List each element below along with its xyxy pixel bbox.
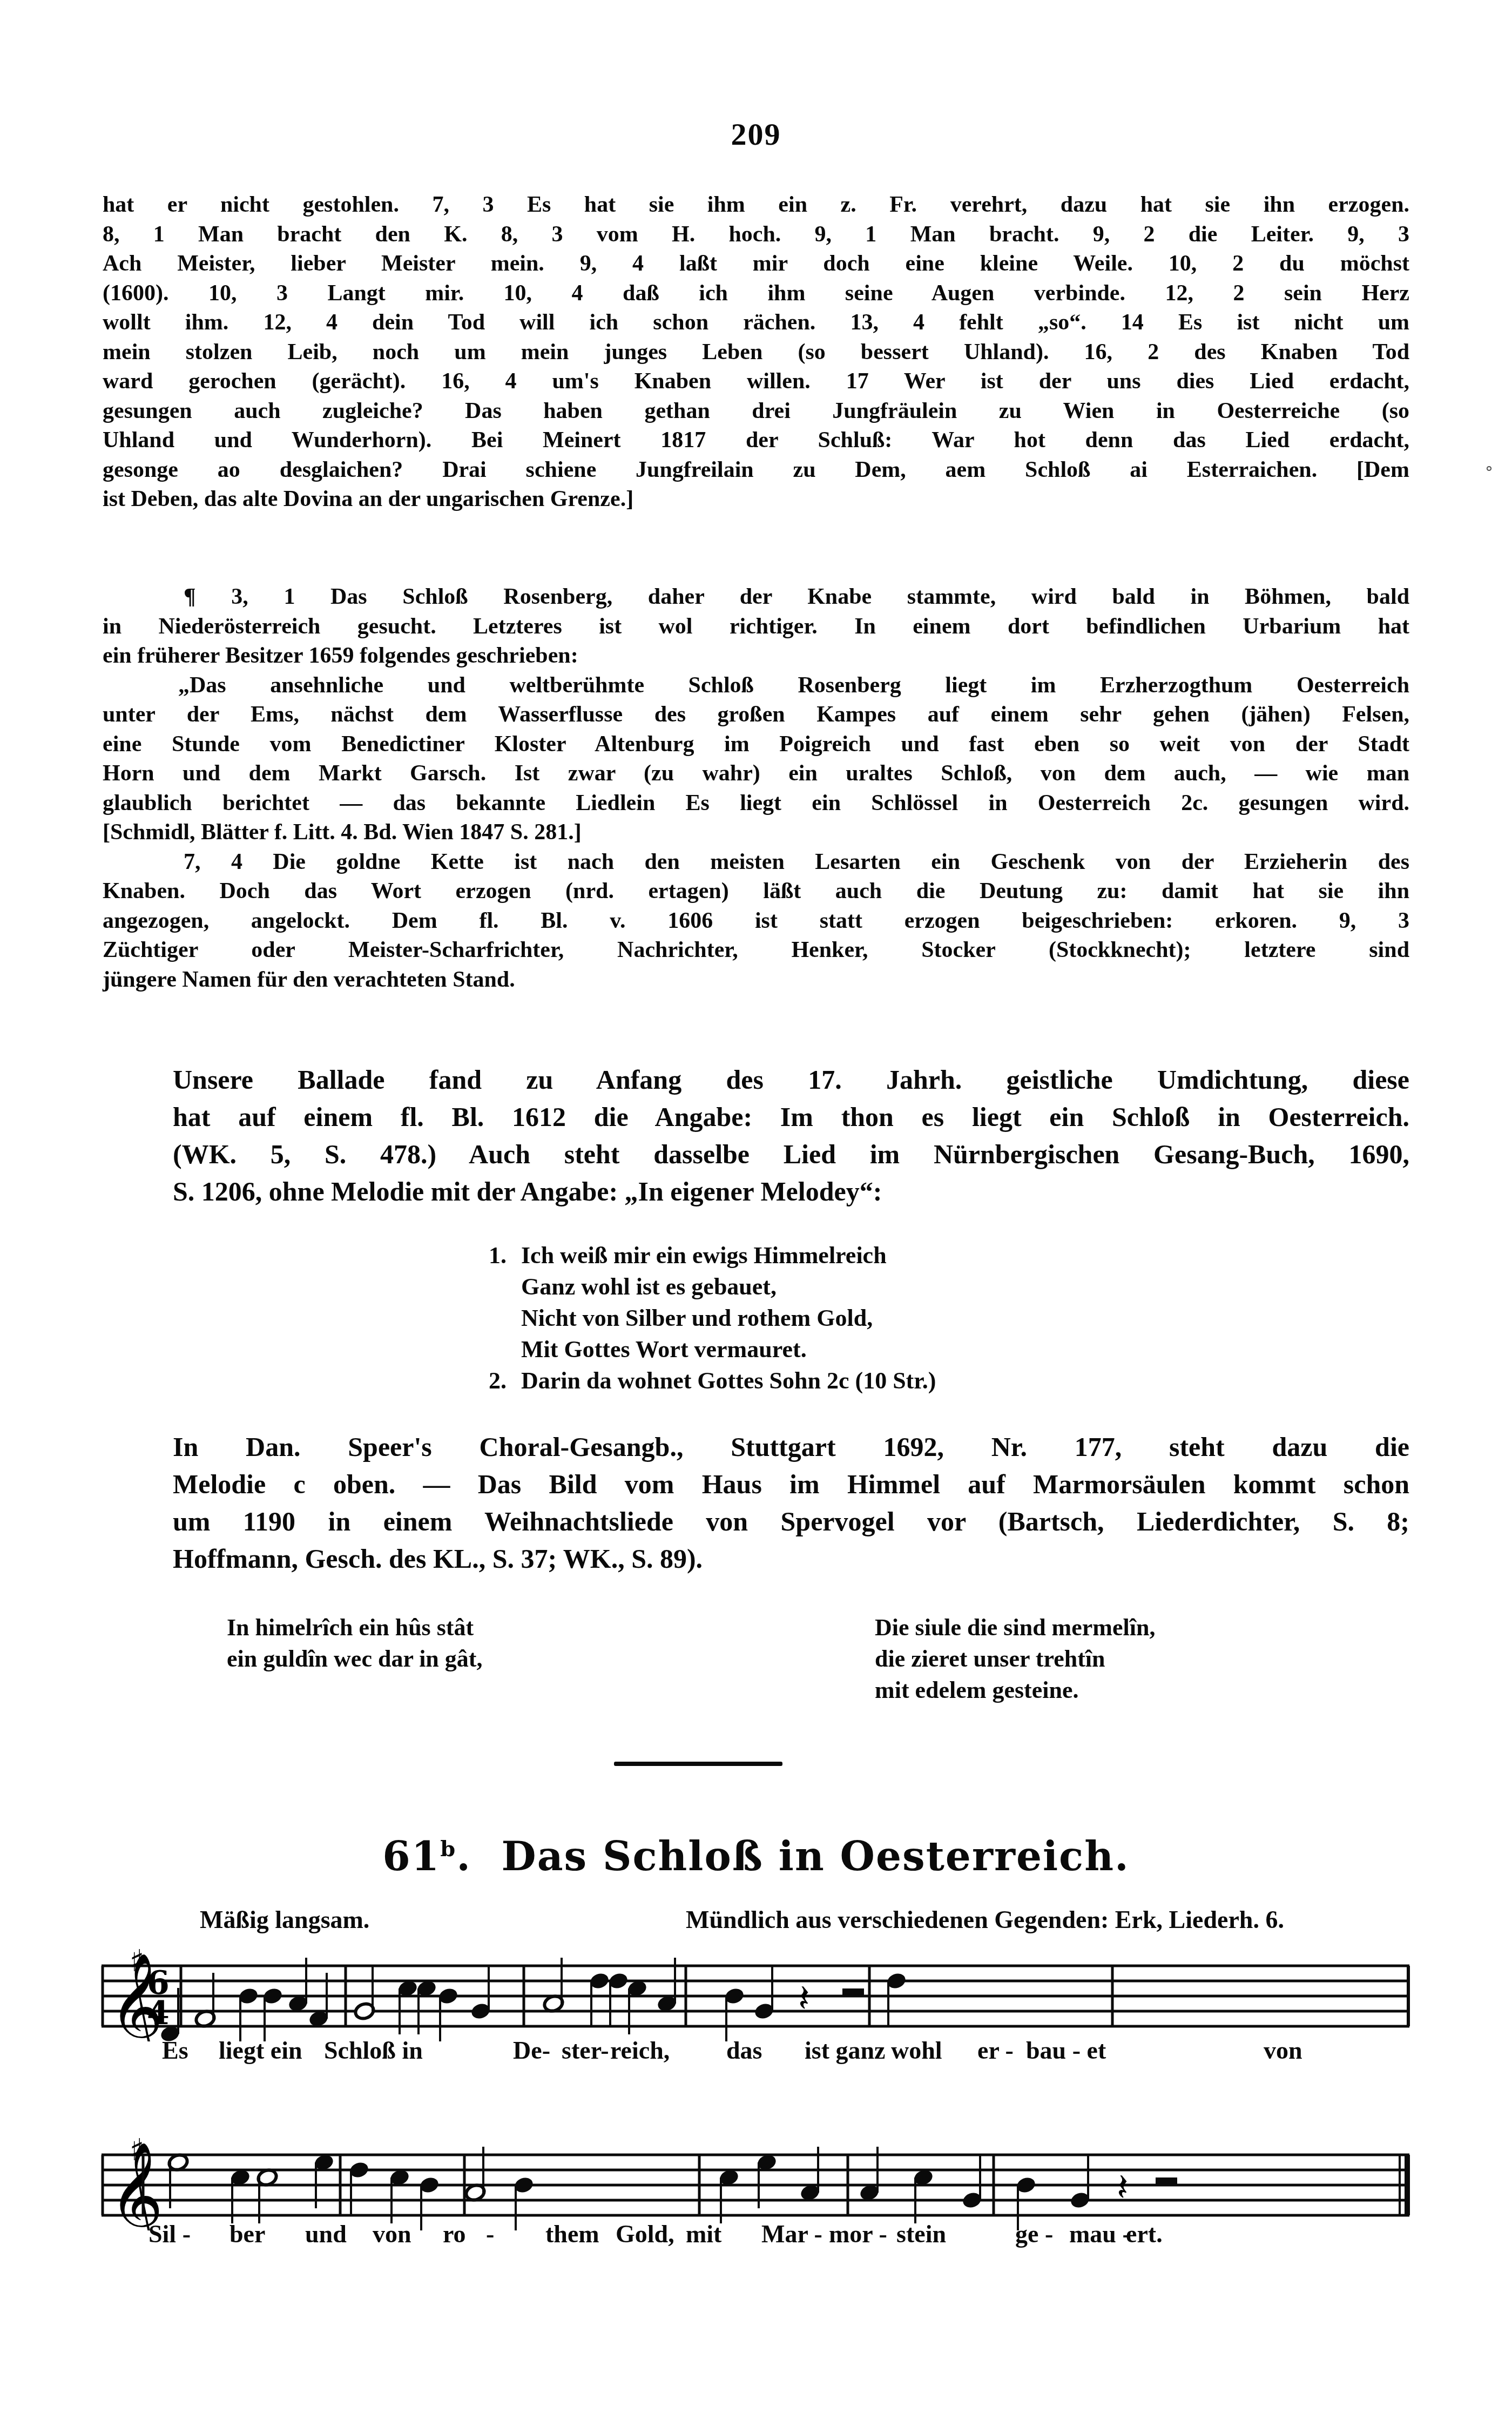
song-title: 61b. Das Schloß in Oesterreich.	[0, 1833, 1512, 1880]
text-line: eine Stunde vom Benedictiner Kloster Alt…	[103, 730, 1409, 759]
text-line: ein früherer Besitzer 1659 folgendes ges…	[103, 641, 1409, 671]
tempo-marking: Mäßig langsam.	[200, 1905, 369, 1934]
verse-number: 1.	[489, 1240, 521, 1271]
verse-text: Ich weiß mir ein ewigs Himmelreich	[521, 1240, 887, 1271]
text-line: Ach Meister, lieber Meister mein. 9, 4 l…	[103, 249, 1409, 279]
text-line: Uhland und Wunderhorn). Bei Meinert 1817…	[103, 426, 1409, 455]
text-line: hat auf einem fl. Bl. 1612 die Angabe: I…	[173, 1098, 1409, 1136]
text-line: Züchtiger oder Meister-Scharfrichter, Na…	[103, 935, 1409, 965]
verse-number	[489, 1334, 521, 1365]
text-line: Unsere Ballade fand zu Anfang des 17. Ja…	[173, 1061, 1409, 1098]
paragraph-ballade: Unsere Ballade fand zu Anfang des 17. Ja…	[173, 1061, 1409, 1210]
lyric-syllable: mau -	[1069, 2220, 1131, 2248]
quote-line: die zieret unser trehtîn	[875, 1643, 1155, 1675]
text-line: (1600). 10, 3 Langt mir. 10, 4 daß ich i…	[103, 279, 1409, 308]
hymn-line: 1.Ich weiß mir ein ewigs Himmelreich	[489, 1240, 936, 1271]
text-line: ¶ 3, 1 Das Schloß Rosenberg, daher der K…	[103, 582, 1409, 612]
text-line: gesonge ao desglaichen? Drai schiene Jun…	[103, 455, 1409, 485]
text-line: 8, 1 Man bracht den K. 8, 3 vom H. hoch.…	[103, 220, 1409, 250]
lyrics-line-2: Sil -berundvonro-themGold,mitMar -mor -s…	[0, 2220, 1512, 2252]
svg-text:4: 4	[147, 1994, 170, 2032]
lyric-syllable: Sil -	[148, 2220, 191, 2248]
lyric-syllable: mit	[686, 2220, 721, 2248]
lyric-syllable: das	[726, 2036, 762, 2065]
notes-rosenberg: ¶ 3, 1 Das Schloß Rosenberg, daher der K…	[103, 582, 1409, 994]
text-line: jüngere Namen für den verachteten Stand.	[103, 965, 1409, 995]
lyric-syllable: mor -	[829, 2220, 887, 2248]
lyric-syllable: reich,	[610, 2036, 670, 2065]
text-line: Melodie c oben. — Das Bild vom Haus im H…	[173, 1466, 1409, 1503]
lyric-syllable: ber	[230, 2220, 265, 2248]
mhg-quote-right: Die siule die sind mermelîn,die zieret u…	[875, 1612, 1155, 1706]
text-line: gesungen auch zugleiche? Das haben getha…	[103, 396, 1409, 426]
song-number-suffix: b	[440, 1836, 456, 1862]
text-line: wollt ihm. 12, 4 dein Tod will ich schon…	[103, 308, 1409, 338]
section-divider	[614, 1762, 782, 1766]
text-line: mein stolzen Leib, noch um mein junges L…	[103, 338, 1409, 367]
text-line: angezogen, angelockt. Dem fl. Bl. v. 160…	[103, 906, 1409, 936]
text-line: [Schmidl, Blätter f. Litt. 4. Bd. Wien 1…	[103, 818, 1409, 847]
hymn-line: Nicht von Silber und rothem Gold,	[489, 1303, 936, 1334]
lyric-syllable: ge -	[1015, 2220, 1053, 2248]
text-line: glaublich berichtet — das bekannte Liedl…	[103, 788, 1409, 818]
text-line: um 1190 in einem Weihnachtsliede von Spe…	[173, 1503, 1409, 1540]
quote-line: ein guldîn wec dar in gât,	[227, 1643, 482, 1675]
text-line: Knaben. Doch das Wort erzogen (nrd. erta…	[103, 877, 1409, 906]
notes-top: hat er nicht gestohlen. 7, 3 Es hat sie …	[103, 190, 1409, 514]
text-line: 7, 4 Die goldne Kette ist nach den meist…	[103, 847, 1409, 877]
lyric-syllable: liegt ein	[219, 2036, 302, 2065]
verse-text: Darin da wohnet Gottes Sohn 2c (10 Str.)	[521, 1365, 936, 1397]
text-line: Horn und dem Markt Garsch. Ist zwar (zu …	[103, 759, 1409, 788]
hymn-line: Ganz wohl ist es gebauet,	[489, 1271, 936, 1303]
text-line: (WK. 5, S. 478.) Auch steht dasselbe Lie…	[173, 1136, 1409, 1173]
quote-line: mit edelem gesteine.	[875, 1675, 1155, 1706]
hymn-line: 2.Darin da wohnet Gottes Sohn 2c (10 Str…	[489, 1365, 936, 1397]
song-source: Mündlich aus verschiedenen Gegenden: Erk…	[686, 1905, 1284, 1934]
lyric-syllable: ist ganz	[805, 2036, 886, 2065]
lyric-syllable: von	[1264, 2036, 1302, 2065]
svg-text:𝄽: 𝄽	[1117, 2165, 1128, 2209]
lyric-syllable: von	[373, 2220, 411, 2248]
lyric-syllable: wohl	[891, 2036, 942, 2065]
verse-text: Mit Gottes Wort vermauret.	[521, 1334, 807, 1365]
lyric-syllable: Es	[162, 2036, 188, 2065]
text-line: ist Deben, das alte Dovina an der ungari…	[103, 484, 1409, 514]
lyric-syllable: Mar -	[761, 2220, 822, 2248]
lyric-syllable: ster-	[562, 2036, 609, 2065]
lyric-syllable: er -	[977, 2036, 1014, 2065]
text-line: unter der Ems, nächst dem Wasserflusse d…	[103, 700, 1409, 730]
quote-line: In himelrîch ein hûs stât	[227, 1612, 482, 1643]
hymn-quote: 1.Ich weiß mir ein ewigs HimmelreichGanz…	[489, 1240, 936, 1397]
verse-text: Ganz wohl ist es gebauet,	[521, 1271, 777, 1303]
music-staff-1: 𝄞♯64𝄽	[97, 1944, 1415, 2041]
lyric-syllable: bau - et	[1026, 2036, 1106, 2065]
text-line: S. 1206, ohne Melodie mit der Angabe: „I…	[173, 1173, 1409, 1210]
lyric-syllable: ro	[443, 2220, 466, 2248]
svg-text:𝄽: 𝄽	[798, 1976, 809, 2020]
text-line: In Dan. Speer's Choral-Gesangb., Stuttga…	[173, 1428, 1409, 1466]
verse-number	[489, 1271, 521, 1303]
lyrics-line-1: Esliegt einSchloß inDe-ster-reich,dasist…	[0, 2036, 1512, 2068]
page-number: 209	[0, 116, 1512, 152]
mhg-quote-left: In himelrîch ein hûs stâtein guldîn wec …	[227, 1612, 482, 1675]
music-staff-2: 𝄞♯𝄽	[97, 2133, 1415, 2230]
song-number: 61	[382, 1833, 440, 1880]
svg-text:♯: ♯	[130, 1944, 144, 1979]
text-line: ward gerochen (gerächt). 16, 4 um's Knab…	[103, 367, 1409, 396]
song-title-text: Das Schloß in Oesterreich.	[502, 1833, 1130, 1880]
margin-mark: °	[1485, 463, 1493, 482]
verse-number: 2.	[489, 1365, 521, 1397]
lyric-syllable: Gold,	[616, 2220, 674, 2248]
lyric-syllable: Schloß in	[324, 2036, 423, 2065]
text-line: Hoffmann, Gesch. des KL., S. 37; WK., S.…	[173, 1540, 1409, 1577]
lyric-syllable: them	[545, 2220, 599, 2248]
verse-text: Nicht von Silber und rothem Gold,	[521, 1303, 873, 1334]
lyric-syllable: stein	[896, 2220, 946, 2248]
verse-number	[489, 1303, 521, 1334]
paragraph-speer: In Dan. Speer's Choral-Gesangb., Stuttga…	[173, 1428, 1409, 1577]
lyric-syllable: und	[305, 2220, 347, 2248]
text-line: in Niederösterreich gesucht. Letzteres i…	[103, 612, 1409, 642]
lyric-syllable: De-	[513, 2036, 550, 2065]
text-line: „Das ansehnliche und weltberühmte Schloß…	[103, 671, 1409, 700]
lyric-syllable: ert.	[1126, 2220, 1163, 2248]
text-line: hat er nicht gestohlen. 7, 3 Es hat sie …	[103, 190, 1409, 220]
hymn-line: Mit Gottes Wort vermauret.	[489, 1334, 936, 1365]
lyric-syllable: -	[486, 2220, 494, 2248]
quote-line: Die siule die sind mermelîn,	[875, 1612, 1155, 1643]
